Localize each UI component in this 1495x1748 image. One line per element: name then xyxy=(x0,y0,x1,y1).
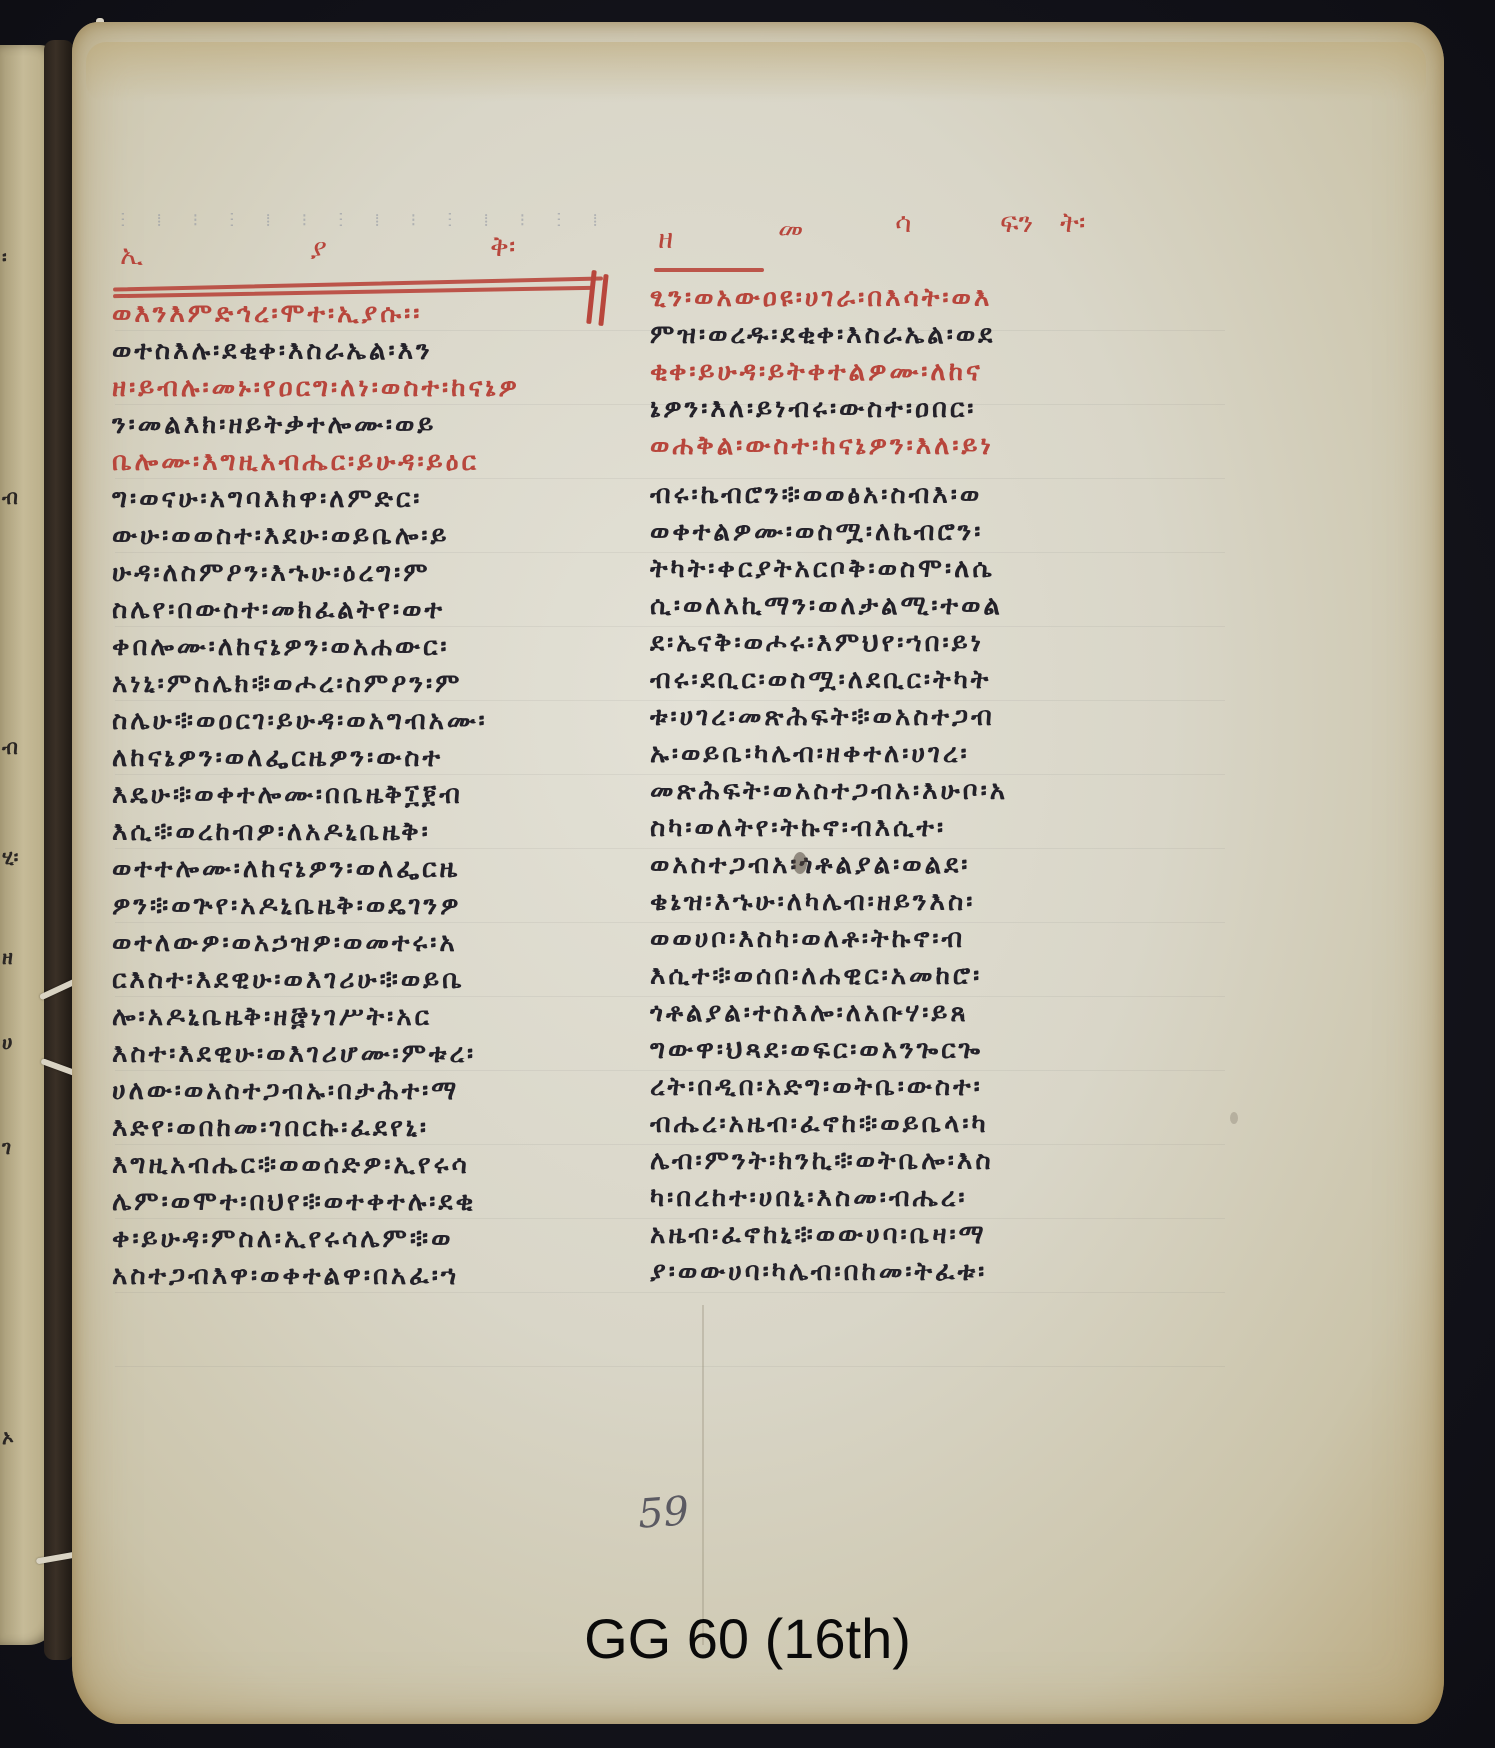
left-text-column: ወእንእምድኅረ፡ሞተ፡ኢያሱ፡፡ ወተስእሉ፡ደቂቀ፡እስራኤል፡እን ዘ፡ይ… xyxy=(112,296,632,1295)
prev-leaf-glyph: ብ xyxy=(2,485,18,509)
text-line: ኡ፡ወይቤ፡ካሌብ፡ዘቀተለ፡ሀገረ፡ xyxy=(650,736,1210,773)
prev-leaf-glyph: ፡ xyxy=(2,245,7,269)
text-line: ብሔረ፡አዜብ፡ፈኖከ፨ወይቤላ፡ካ xyxy=(650,1106,1210,1143)
text-line: ቄኔዝ፡እኁሁ፡ለካሌብ፡ዘይንእስ፡ xyxy=(650,884,1210,921)
text-line: ስሌየ፡በውስተ፡መክፈልትየ፡ወተ xyxy=(112,592,632,629)
prev-leaf-glyph: ዘ xyxy=(2,945,13,969)
text-line: ውሁ፡ወወስተ፡እደሁ፡ወይቤሎ፡ይ xyxy=(112,518,632,555)
vertical-crease xyxy=(702,1305,704,1645)
text-line: ፂን፡ወአውዐዩ፡ሀገራ፡በእሳት፡ወእ xyxy=(650,280,1210,317)
text-line: ምዝ፡ወረዱ፡ደቂቀ፡እስራኤል፡ወደ xyxy=(650,317,1210,354)
text-line: ን፡መልእክ፡ዘይትቃተሎሙ፡ወይ xyxy=(112,407,632,444)
text-line: ወቀተልዎሙ፡ወስሟ፡ለኬብሮን፡ xyxy=(650,514,1210,551)
prev-leaf-glyph: ሂ፡ xyxy=(2,845,18,869)
text-line: ግ፡ወናሁ፡አግባእክዋ፡ለምድር፡ xyxy=(112,481,632,518)
text-line: ዎን፨ወጕየ፡አዶኒቤዜቅ፡ወዴገንዎ xyxy=(112,888,632,925)
text-line: ቱ፡ሀገረ፡መጽሕፍት፨ወአስተጋብ xyxy=(650,699,1210,736)
text-line: ወተተሎሙ፡ለከናኔዎን፡ወለፌርዜ xyxy=(112,851,632,888)
heading-glyph: መ xyxy=(778,212,803,246)
text-line: ወሐቅል፡ውስተ፡ከናኔዎን፡እለ፡ይነ xyxy=(650,428,1210,465)
text-line: ካ፡በረከተ፡ሀበኒ፡እስመ፡ብሔረ፡ xyxy=(650,1180,1210,1217)
binding-gutter xyxy=(44,40,74,1660)
text-line: ስሌሁ፨ወዐርገ፡ይሁዳ፡ወአግብአሙ፡ xyxy=(112,703,632,740)
text-line: ረት፡በዲበ፡አድግ፡ወትቤ፡ውስተ፡ xyxy=(650,1069,1210,1106)
text-line: ሁዳ፡ለስምዖን፡እኁሁ፡ዕረግ፡ም xyxy=(112,555,632,592)
prev-leaf-glyph: ብ xyxy=(2,735,18,759)
text-line: ግውዋ፡ህጻደ፡ወፍር፡ወአንጐርጐ xyxy=(650,1032,1210,1069)
heading-glyph: ዘ xyxy=(658,222,673,256)
text-line: እሲተ፨ወሰበ፡ለሐዊር፡አመከሮ፡ xyxy=(650,958,1210,995)
rubric-rule xyxy=(654,268,764,272)
ink-stain xyxy=(793,852,807,874)
text-line: ያ፡ወውሀባ፡ካሌብ፡በከመ፡ትፈቱ፡ xyxy=(650,1254,1210,1291)
faded-ink-line: ⵗ ⁞ ⁝ ⵗ ⁞ ⁝ ⵗ ⁞ ⁝ ⵗ ⁞ ⁝ ⵗ ⁞ xyxy=(120,210,640,226)
text-line: ወተስእሉ፡ደቂቀ፡እስራኤል፡እን xyxy=(112,333,632,370)
heading-glyph: ቅ፡ xyxy=(490,230,515,264)
folio-number: 59 xyxy=(636,1488,690,1537)
heading-glyph: ሳ xyxy=(895,206,911,240)
text-line: ትካት፡ቀርያትአርቦቅ፡ወስሞ፡ለሴ xyxy=(650,551,1210,588)
text-line: ወአስተጋብአ፡ጎቶልያል፡ወልደ፡ xyxy=(650,847,1210,884)
heading-glyph: ት፡ xyxy=(1060,206,1086,240)
text-line: አዜብ፡ፈኖከኒ፨ወውሀባ፡ቤዛ፡ማ xyxy=(650,1217,1210,1254)
heading-glyph: ፍን xyxy=(1000,206,1033,240)
text-line: ወእንእምድኅረ፡ሞተ፡ኢያሱ፡፡ xyxy=(112,296,632,333)
text-line: እስተ፡እደዊሁ፡ወእገሪሆሙ፡ምቱረ፡ xyxy=(112,1036,632,1073)
text-line: ጎቶልያል፡ተስእሎ፡ለአቡሃ፡ይጸ xyxy=(650,995,1210,1032)
text-line: ወወሀቦ፡እስካ፡ወለቶ፡ትኩኖ፡ብ xyxy=(650,921,1210,958)
text-line: ቀበሎሙ፡ለከናኔዎን፡ወአሐውር፡ xyxy=(112,629,632,666)
text-line: እሲ፨ወረከብዎ፡ለአዶኒቤዜቅ፡ xyxy=(112,814,632,851)
text-line: ሎ፡አዶኒቤዜቅ፡ዘ፸ነገሥት፡አር xyxy=(112,999,632,1036)
text-line: ስካ፡ወለትየ፡ትኩኖ፡ብእሲተ፡ xyxy=(650,810,1210,847)
text-line: ብሩ፡ኬብሮን፨ወወፅአ፡ስብእ፡ወ xyxy=(650,477,1210,514)
text-line: ዘ፡ይብሉ፡መኑ፡የዐርግ፡ለነ፡ወስተ፡ከናኔዎ xyxy=(112,370,632,407)
heading-glyph: ያ xyxy=(310,232,327,266)
text-line: እግዚአብሔር፨ወወሰድዎ፡ኢየሩሳ xyxy=(112,1147,632,1184)
text-line: ለከናኔዎን፡ወለፌርዜዎን፡ውስተ xyxy=(112,740,632,777)
text-line: ደ፡ኤናቅ፡ወሖሩ፡እምህየ፡ኀበ፡ይነ xyxy=(650,625,1210,662)
text-line: እዴሁ፨ወቀተሎሙ፡በቤዜቅ፲፻ብ xyxy=(112,777,632,814)
text-line: ርእስተ፡እደዊሁ፡ወእገሪሁ፨ወይቤ xyxy=(112,962,632,999)
text-line: ቂቀ፡ይሁዳ፡ይትቀተልዎሙ፡ለከና xyxy=(650,354,1210,391)
text-line: አነኒ፡ምስሌክ፨ወሖረ፡ስምዖን፡ም xyxy=(112,666,632,703)
text-line: እድየ፡ወበከመ፡ገበርኩ፡ፈደየኒ፡ xyxy=(112,1110,632,1147)
text-line: ሲ፡ወለአኪማን፡ወለታልሚ፡ተወል xyxy=(650,588,1210,625)
ruling-line xyxy=(115,1366,1225,1367)
text-line: አስተጋብእዋ፡ወቀተልዋ፡በአፈ፡ኀ xyxy=(112,1258,632,1295)
text-line: ሌም፡ወሞተ፡በህየ፨ወተቀተሉ፡ደቂ xyxy=(112,1184,632,1221)
text-line: ቤሎሙ፡እግዚአብሔር፡ይሁዳ፡ይዕር xyxy=(112,444,632,481)
text-line: ሌብ፡ምንት፡ክንኪ፨ወትቤሎ፡እስ xyxy=(650,1143,1210,1180)
text-line: ኔዎን፡እለ፡ይነብሩ፡ውስተ፡ዐበር፡ xyxy=(650,391,1210,428)
prev-leaf-glyph: ኦ xyxy=(2,1425,14,1449)
image-caption: GG 60 (16th) xyxy=(0,1606,1495,1671)
text-line: ቀ፡ይሁዳ፡ምስለ፡ኢየሩሳሌም፨ወ xyxy=(112,1221,632,1258)
right-text-column: ፂን፡ወአውዐዩ፡ሀገራ፡በእሳት፡ወእ ምዝ፡ወረዱ፡ደቂቀ፡እስራኤል፡ወደ… xyxy=(650,280,1210,1291)
text-line: መጽሕፍት፡ወአስተጋብአ፡እሁቦ፡አ xyxy=(650,773,1210,810)
ink-stain xyxy=(1230,1112,1238,1124)
paragraph-gap xyxy=(650,465,1210,477)
heading-glyph: ኢ xyxy=(120,238,143,272)
text-line: ሀለው፡ወአስተጋብኡ፡በታሕተ፡ማ xyxy=(112,1073,632,1110)
text-line: ወተለውዎ፡ወአኃዝዎ፡ወመተሩ፡አ xyxy=(112,925,632,962)
prev-leaf-glyph: ሀ xyxy=(2,1030,12,1054)
text-line: ብሩ፡ደቢር፡ወስሟ፡ለደቢር፡ትካት xyxy=(650,662,1210,699)
prev-leaf-glyph: ገ xyxy=(2,1135,11,1159)
